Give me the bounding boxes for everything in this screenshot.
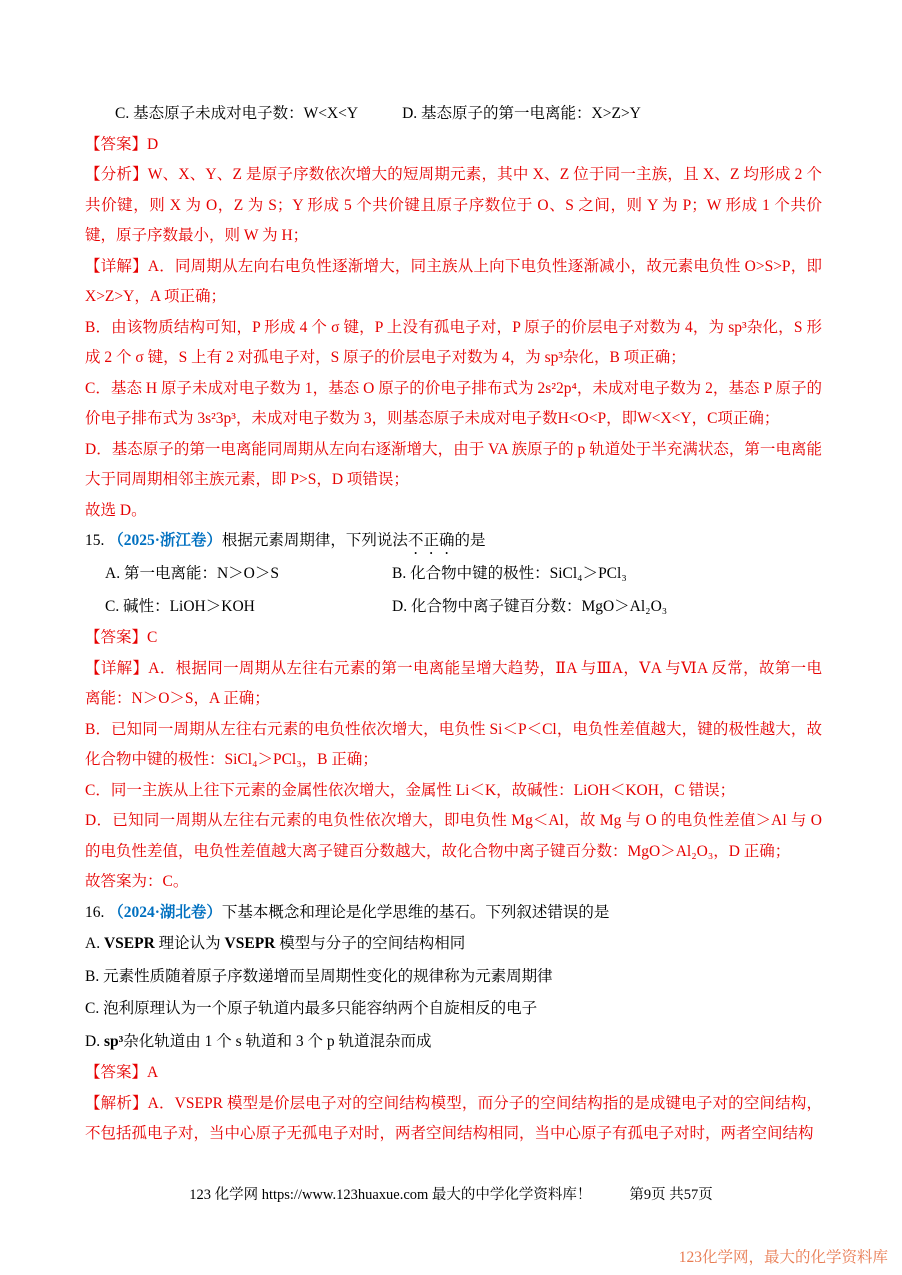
q15-option-a: A. 第一电离能：N＞O＞S xyxy=(105,558,392,591)
analysis-label: 【分析】 xyxy=(85,166,148,183)
explanation-label: 【解析】 xyxy=(85,1095,148,1112)
q14-option-d: D. 基态原子的第一电离能：X>Z>Y xyxy=(402,105,641,122)
question-15-stem: 根据元素周期律，下列说法 xyxy=(222,532,408,549)
page-content: C. 基态原子未成对电子数：W<X<YD. 基态原子的第一电离能：X>Z>Y 【… xyxy=(85,99,822,1150)
question-16-stem: 下基本概念和理论是化学思维的基石。下列叙述错误的是 xyxy=(222,904,610,921)
q16-option-c: C. 泡利原理认为一个原子轨道内最多只能容纳两个自旋相反的电子 xyxy=(85,993,822,1026)
detail-label: 【详解】 xyxy=(85,258,148,275)
q16-option-a-rest: 模型与分子的空间结构相同 xyxy=(275,935,465,952)
q14-detail-paragraph-d: D．基态原子的第一电离能同周期从左向右逐渐增大，由于 VA 族原子的 p 轨道处… xyxy=(85,435,822,496)
q14-answer-line: 【答案】D xyxy=(85,130,822,161)
answer-value: D xyxy=(147,136,158,153)
page-footer: 123 化学网 https://www.123huaxue.com 最大的中学化… xyxy=(0,1183,902,1204)
q15-detail-paragraph-b: B．已知同一周期从左往右元素的电负性依次增大，电负性 Si＜P＜Cl，电负性差值… xyxy=(85,715,822,776)
q16-explanation-paragraph: 【解析】A．VSEPR 模型是价层电子对的空间结构模型，而分子的空间结构指的是成… xyxy=(85,1089,822,1150)
question-16-number: 16. xyxy=(85,904,104,921)
analysis-text: W、X、Y、Z 是原子序数依次增大的短周期元素，其中 X、Z 位于同一主族，且 … xyxy=(85,166,822,244)
q16-option-b: B. 元素性质随着原子序数递增而呈周期性变化的规律称为元素周期律 xyxy=(85,961,822,994)
q14-analysis-paragraph: 【分析】W、X、Y、Z 是原子序数依次增大的短周期元素，其中 X、Z 位于同一主… xyxy=(85,160,822,252)
q14-detail-conclusion: 故选 D。 xyxy=(85,496,822,527)
q15-detail-paragraph-d: D．已知同一周期从左往右元素的电负性依次增大，即电负性 Mg＜Al，故 Mg 与… xyxy=(85,806,822,867)
q14-detail-paragraph-a: 【详解】A．同周期从左向右电负性逐渐增大，同主族从上向下电负性逐渐减小，故元素电… xyxy=(85,252,822,313)
q16-answer-line: 【答案】A xyxy=(85,1058,822,1089)
q16-option-a-mid: 理论认为 xyxy=(155,935,225,952)
question-16-source: （2024·湖北卷） xyxy=(108,904,222,921)
question-15-heading: 15. （2025·浙江卷）根据元素周期律，下列说法不正确的是 xyxy=(85,526,822,558)
question-15-number: 15. xyxy=(85,532,104,549)
answer-label: 【答案】 xyxy=(85,629,147,646)
q16-option-a-term1: VSEPR xyxy=(104,935,155,952)
q14-option-c: C. 基态原子未成对电子数：W<X<Y xyxy=(115,105,358,122)
q16-option-d: D. sp³杂化轨道由 1 个 s 轨道和 3 个 p 轨道混杂而成 xyxy=(85,1026,822,1059)
q16-option-d-rest: 杂化轨道由 1 个 s 轨道和 3 个 p 轨道混杂而成 xyxy=(123,1033,431,1050)
q15-detail-conclusion: 故答案为：C。 xyxy=(85,867,822,898)
watermark-text: 123化学网，最大的化学资料库 xyxy=(679,1245,888,1267)
answer-value: C xyxy=(147,629,157,646)
q16-option-a: A. VSEPR 理论认为 VSEPR 模型与分子的空间结构相同 xyxy=(85,928,822,961)
answer-label: 【答案】 xyxy=(85,136,147,153)
question-15-stem-suffix: 的是 xyxy=(454,532,485,549)
footer-page-number: 第9页 共57页 xyxy=(629,1187,712,1203)
q14-detail-paragraph-c: C．基态 H 原子未成对电子数为 1，基态 O 原子的价电子排布式为 2s²2p… xyxy=(85,374,822,435)
q16-option-a-label: A. xyxy=(85,935,104,952)
question-15-source: （2025·浙江卷） xyxy=(108,532,222,549)
question-15-stem-emphasis: 不正确 xyxy=(408,532,455,549)
q15-answer-line: 【答案】C xyxy=(85,623,822,654)
detail-text-a: A．根据同一周期从左往右元素的第一电离能呈增大趋势，ⅡA 与ⅢA，ⅤA 与ⅥA … xyxy=(85,660,822,708)
q16-option-a-term2: VSEPR xyxy=(225,935,276,952)
answer-value: A xyxy=(147,1064,158,1081)
q15-option-c: C. 碱性：LiOH＞KOH xyxy=(105,591,392,624)
detail-label: 【详解】 xyxy=(85,660,148,677)
question-15-options: A. 第一电离能：N＞O＞S B. 化合物中键的极性：SiCl₄＞PCl₃ C.… xyxy=(85,558,822,623)
explanation-text: A．VSEPR 模型是价层电子对的空间结构模型，而分子的空间结构指的是成键电子对… xyxy=(85,1095,822,1143)
detail-text-a: A．同周期从左向右电负性逐渐增大，同主族从上向下电负性逐渐减小，故元素电负性 O… xyxy=(85,258,822,306)
q16-option-d-label: D. xyxy=(85,1033,104,1050)
q15-detail-paragraph-a: 【详解】A．根据同一周期从左往右元素的第一电离能呈增大趋势，ⅡA 与ⅢA，ⅤA … xyxy=(85,654,822,715)
q15-detail-paragraph-c: C．同一主族从上往下元素的金属性依次增大，金属性 Li＜K，故碱性：LiOH＜K… xyxy=(85,776,822,807)
question-16-heading: 16. （2024·湖北卷）下基本概念和理论是化学思维的基石。下列叙述错误的是 xyxy=(85,898,822,929)
q14-options-row: C. 基态原子未成对电子数：W<X<YD. 基态原子的第一电离能：X>Z>Y xyxy=(85,99,822,130)
footer-site-text: 123 化学网 https://www.123huaxue.com 最大的中学化… xyxy=(189,1187,591,1203)
q15-option-b: B. 化合物中键的极性：SiCl₄＞PCl₃ xyxy=(392,558,822,591)
document-page: C. 基态原子未成对电子数：W<X<YD. 基态原子的第一电离能：X>Z>Y 【… xyxy=(0,0,902,1275)
q16-option-d-term: sp³ xyxy=(104,1033,123,1050)
answer-label: 【答案】 xyxy=(85,1064,147,1081)
q14-detail-paragraph-b: B．由该物质结构可知，P 形成 4 个 σ 键，P 上没有孤电子对，P 原子的价… xyxy=(85,313,822,374)
q15-option-d: D. 化合物中离子键百分数：MgO＞Al₂O₃ xyxy=(392,591,822,624)
